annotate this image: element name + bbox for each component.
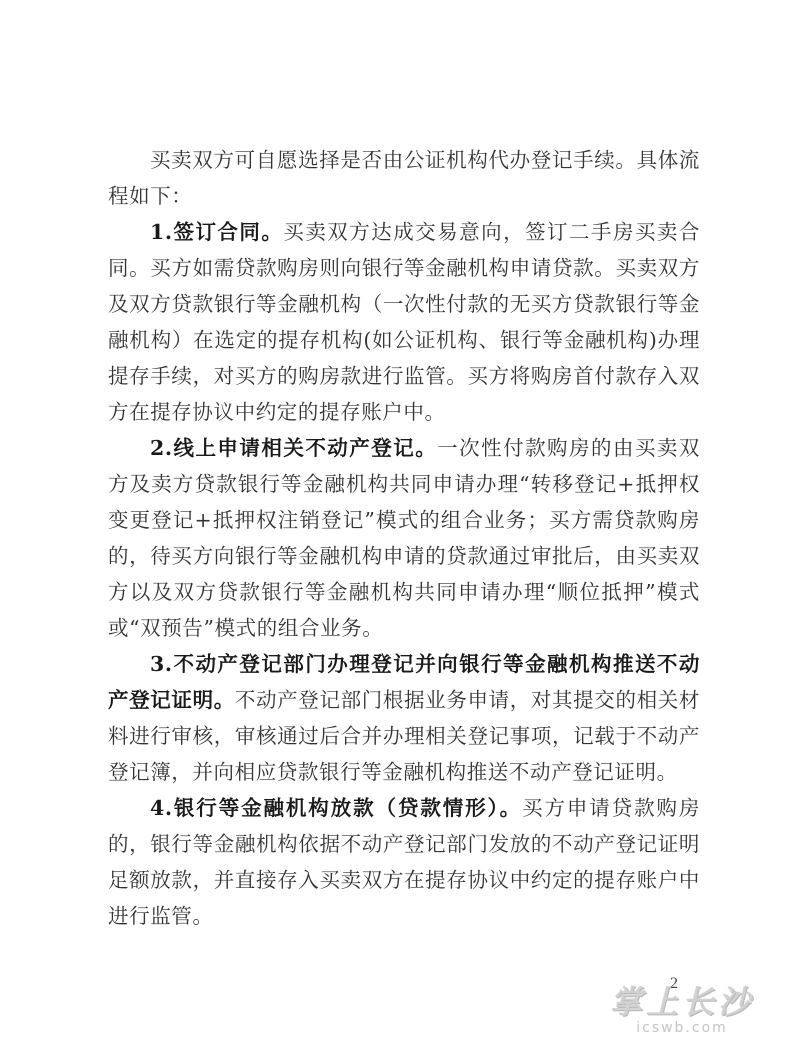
step-1-heading: 1.签订合同。	[150, 220, 283, 244]
watermark-url: icswb.com	[592, 1019, 772, 1037]
paragraph-text: 买卖双方可自愿选择是否由公证机构代办登记手续。具体流程如下：	[108, 148, 700, 208]
step-4-paragraph: 4.银行等金融机构放款（贷款情形）。买方申请贷款购房的，银行等金融机构依据不动产…	[108, 790, 700, 934]
intro-paragraph: 买卖双方可自愿选择是否由公证机构代办登记手续。具体流程如下：	[108, 142, 700, 214]
step-2-paragraph: 2.线上申请相关不动产登记。一次性付款购房的由买卖双方及卖方贷款银行等金融机构共…	[108, 430, 700, 646]
watermark-logo: 掌上长沙 icswb.com	[592, 985, 772, 1037]
step-1-paragraph: 1.签订合同。买卖双方达成交易意向，签订二手房买卖合同。买方如需贷款购房则向银行…	[108, 214, 700, 430]
document-page: 买卖双方可自愿选择是否由公证机构代办登记手续。具体流程如下： 1.签订合同。买卖…	[108, 142, 700, 934]
watermark-title: 掌上长沙	[592, 985, 772, 1019]
step-4-heading: 4.银行等金融机构放款（贷款情形）。	[150, 796, 522, 820]
step-3-paragraph: 3.不动产登记部门办理登记并向银行等金融机构推送不动产登记证明。不动产登记部门根…	[108, 646, 700, 790]
step-2-text: 一次性付款购房的由买卖双方及卖方贷款银行等金融机构共同申请办理“转移登记+抵押权…	[108, 436, 700, 640]
step-1-text: 买卖双方达成交易意向，签订二手房买卖合同。买方如需贷款购房则向银行等金融机构申请…	[108, 220, 700, 424]
step-2-heading: 2.线上申请相关不动产登记。	[150, 436, 437, 460]
